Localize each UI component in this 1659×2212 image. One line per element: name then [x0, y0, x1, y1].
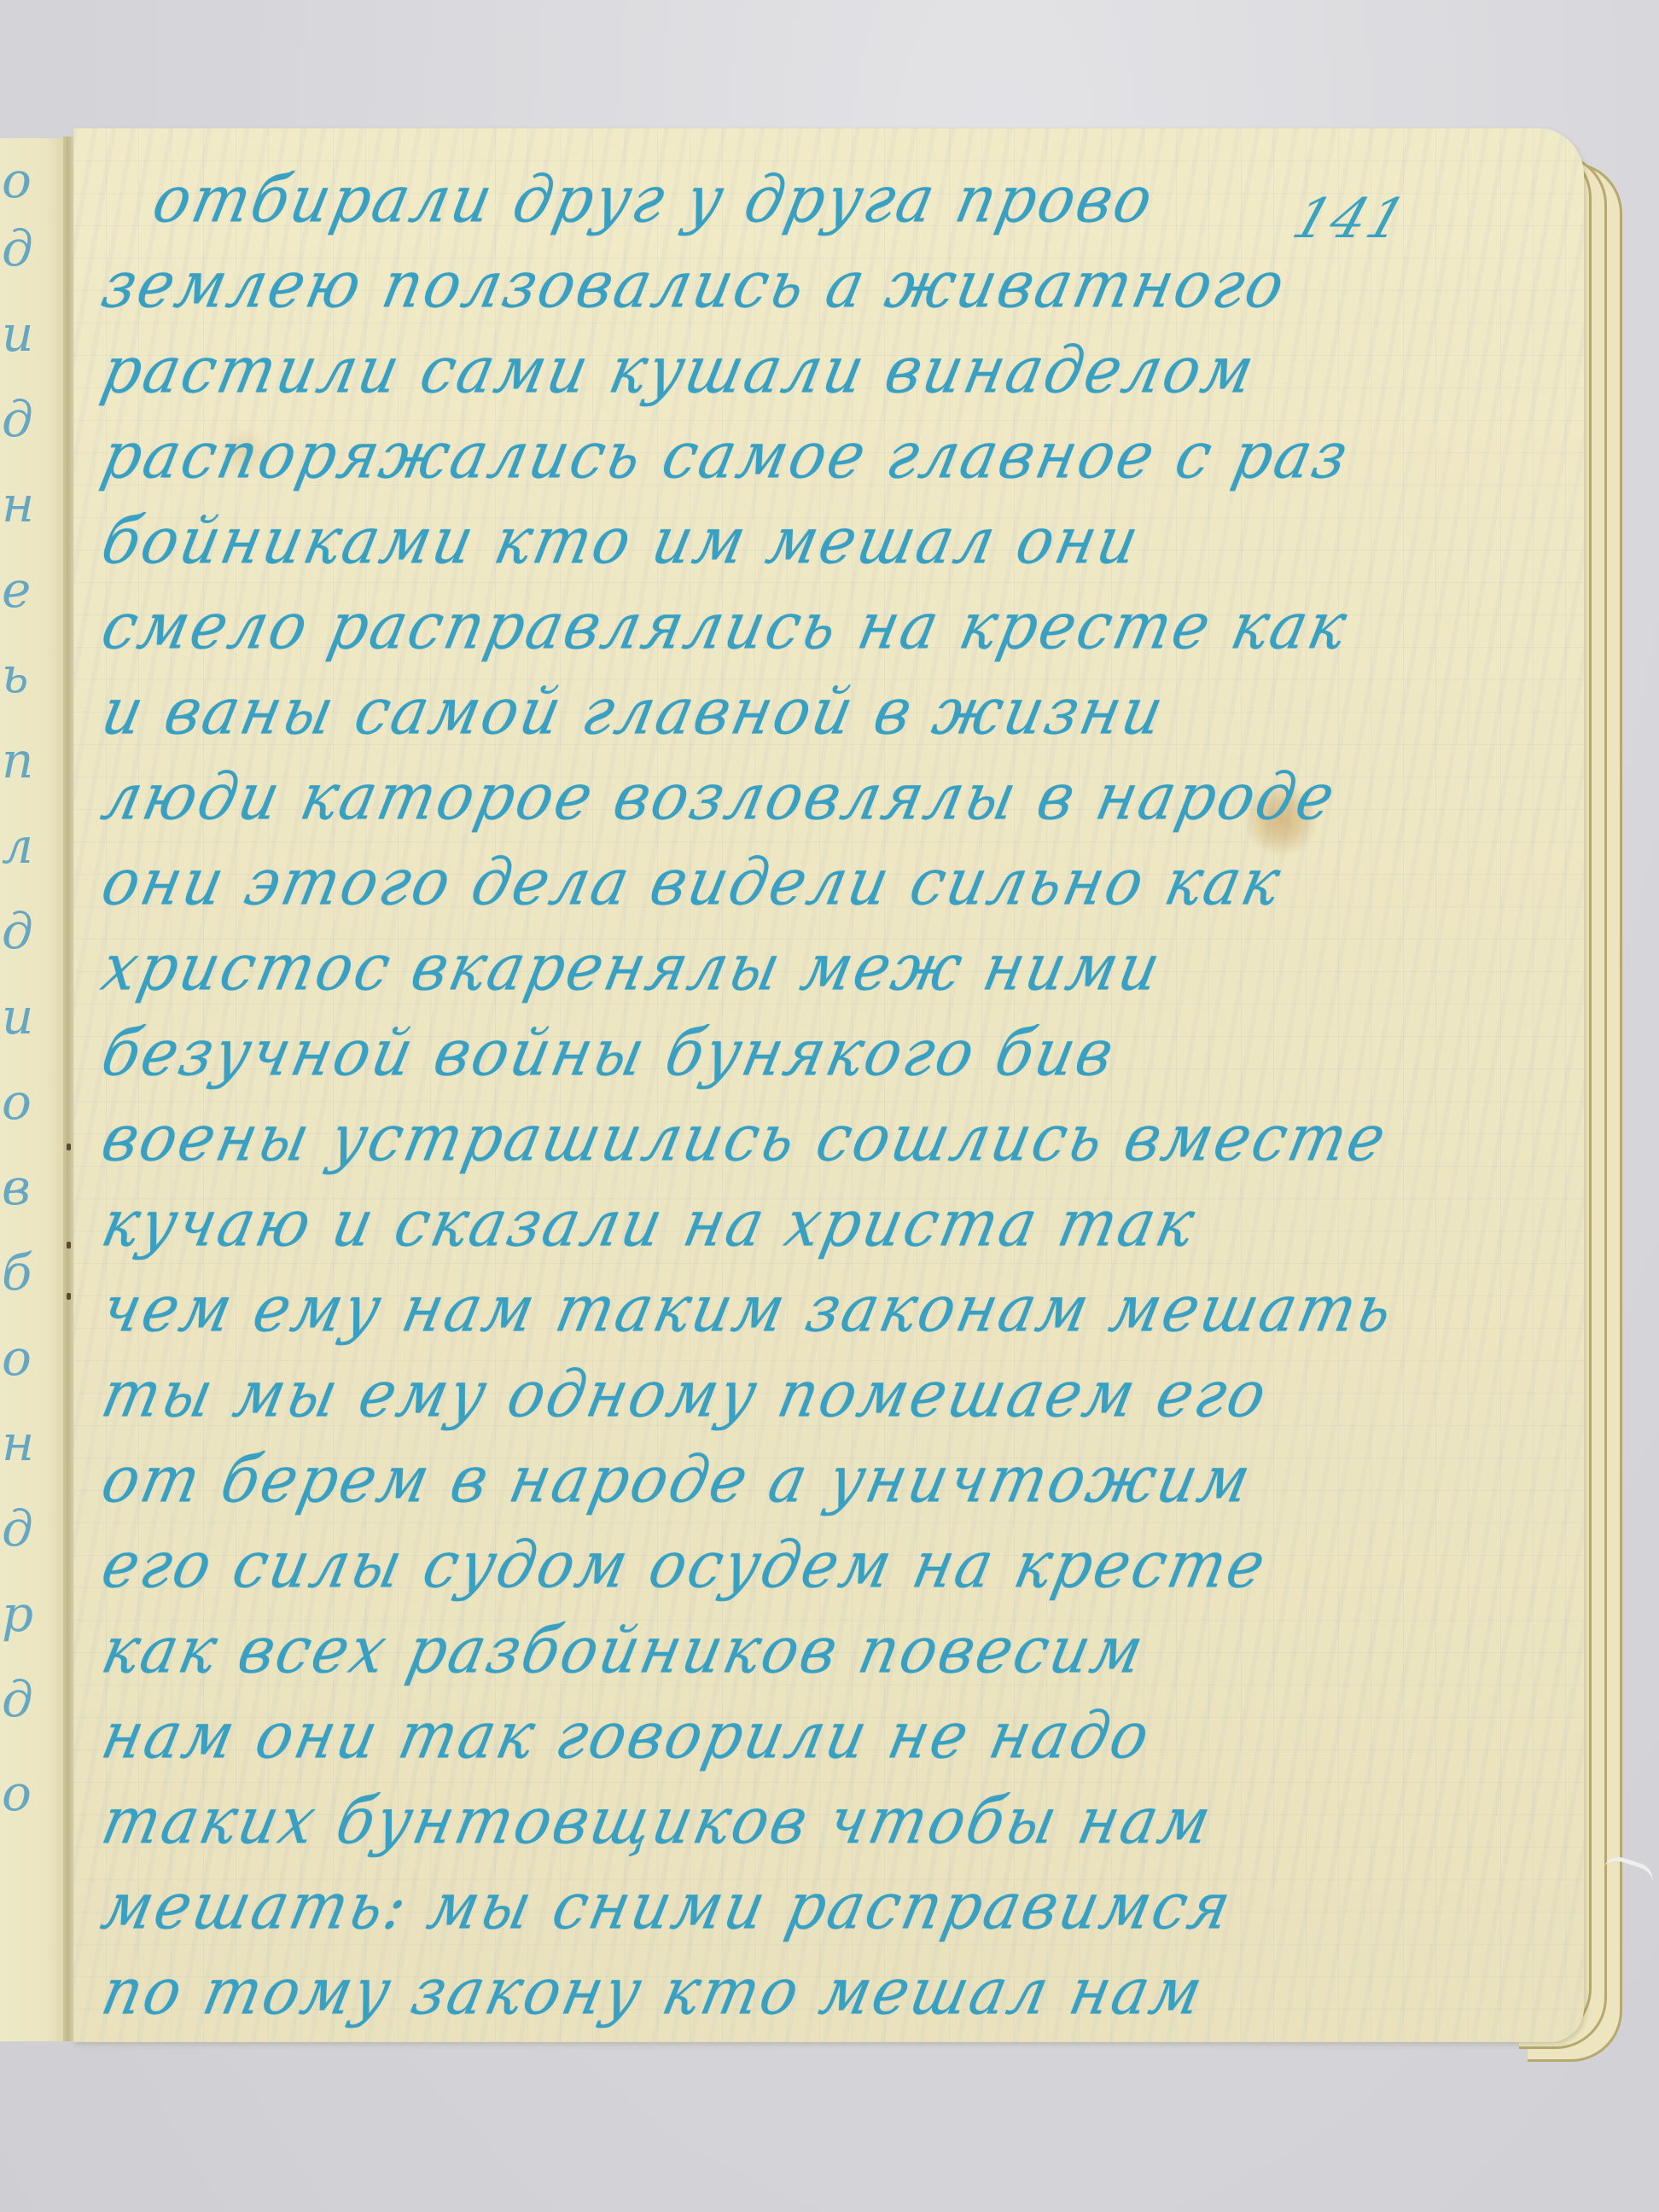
left-page-letter: ь	[2, 650, 29, 700]
text-line: его силы судом осудем на кресте	[96, 1528, 1427, 1613]
text-line-content: люди каторое возловлялы в народе	[96, 759, 1343, 835]
text-line-content: отбирали друг у друга прово	[147, 161, 1161, 237]
staple-mark	[67, 1293, 71, 1300]
text-line-content: от берем в народе а уничтожим	[96, 1441, 1260, 1517]
text-line: ты мы ему одному помешаем его	[96, 1357, 1427, 1442]
text-line: люди каторое возловлялы в народе	[96, 760, 1427, 845]
left-page-letter: д	[2, 1504, 33, 1553]
text-line: и ваны самой главной в жизни	[96, 674, 1427, 760]
left-page-letter: л	[2, 821, 33, 870]
text-line-content: мешать: мы сними расправимся	[96, 1868, 1240, 1944]
left-page-letter: н	[2, 1418, 34, 1468]
text-line: нам они так говорили не надо	[96, 1698, 1427, 1784]
text-line-content: распоряжались самое главное с раз	[96, 417, 1357, 493]
text-line: растили сами кушали винаделом	[96, 333, 1427, 418]
text-line-content: как всех разбойников повесим	[96, 1612, 1152, 1688]
text-line: от берем в народе а уничтожим	[96, 1442, 1427, 1528]
left-page-edge: о д и д н е ь п л д и о в б о н д р д о	[0, 138, 67, 2041]
text-line-content: землею ползовались а живатного	[96, 247, 1293, 323]
left-page-letter: и	[2, 992, 33, 1041]
text-line-content: бойниками кто им мешал они	[96, 503, 1147, 579]
text-line: христос вкаренялы меж ними	[96, 930, 1427, 1016]
text-line: землею ползовались а живатного	[96, 247, 1427, 333]
text-line: безучной войны бунякого бив	[96, 1016, 1427, 1101]
text-line: как всех разбойников повесим	[96, 1613, 1427, 1698]
text-line-content: кучаю и сказали на христа так	[96, 1185, 1203, 1261]
left-page-letter: б	[2, 1248, 32, 1297]
text-line-content: христос вкаренялы меж ними	[96, 929, 1169, 1005]
left-page-letter: в	[2, 1162, 31, 1212]
left-page-letter: о	[2, 1077, 32, 1126]
text-line-content: и ваны самой главной в жизни	[96, 673, 1172, 749]
text-line-content: безучной войны бунякого бив	[96, 1015, 1122, 1091]
text-line: по тому закону кто мешал нам	[96, 1954, 1427, 2040]
left-page-letter: д	[2, 224, 33, 273]
text-line-content: его силы судом осудем на кресте	[96, 1527, 1274, 1603]
text-line: кучаю и сказали на христа так	[96, 1186, 1427, 1272]
handwritten-text-block: отбирали друг у друга прово землею ползо…	[96, 162, 1427, 2040]
notebook-page: 141 отбирали друг у друга прово землею п…	[73, 128, 1584, 2042]
left-page-letter: е	[2, 565, 31, 614]
left-page-letter: д	[2, 394, 33, 444]
left-page-letter: о	[2, 1333, 32, 1382]
text-line: бойниками кто им мешал они	[96, 504, 1427, 589]
text-line-content: таких бунтовщиков чтобы нам	[96, 1783, 1220, 1859]
text-line: чем ему нам таким законам мешать	[96, 1272, 1427, 1357]
text-line-content: они этого дела видели сильно как	[96, 844, 1289, 920]
left-page-letter: п	[2, 736, 33, 785]
staple-mark	[67, 1144, 71, 1150]
left-page-letter: д	[2, 906, 33, 956]
text-line-content: смело расправлялись на кресте как	[96, 588, 1355, 664]
text-line-content: нам они так говорили не надо	[96, 1697, 1158, 1773]
left-page-letter: р	[2, 1589, 33, 1639]
text-line: отбирали друг у друга прово	[96, 162, 1427, 247]
text-line: таких бунтовщиков чтобы нам	[96, 1784, 1427, 1869]
text-line: смело расправлялись на кресте как	[96, 589, 1427, 674]
left-page-letter: о	[2, 155, 32, 205]
text-line-content: по тому закону кто мешал нам	[96, 1953, 1211, 2029]
left-page-letter: н	[2, 480, 34, 529]
text-line: воены устрашились сошлись вместе	[96, 1101, 1427, 1186]
text-line: распоряжались самое главное с раз	[96, 418, 1427, 504]
text-line-content: чем ему нам таким законам мешать	[96, 1271, 1401, 1347]
text-line-content: ты мы ему одному помешаем его	[96, 1356, 1275, 1432]
staple-mark	[67, 1242, 71, 1249]
left-page-letter: о	[2, 1768, 32, 1818]
text-line: мешать: мы сними расправимся	[96, 1869, 1427, 1954]
left-page-letter: д	[2, 1674, 33, 1724]
text-line-content: растили сами кушали винаделом	[96, 332, 1263, 408]
text-line-content: воены устрашились сошлись вместе	[96, 1100, 1394, 1176]
text-line: они этого дела видели сильно как	[96, 845, 1427, 930]
left-page-letter: и	[2, 309, 33, 358]
